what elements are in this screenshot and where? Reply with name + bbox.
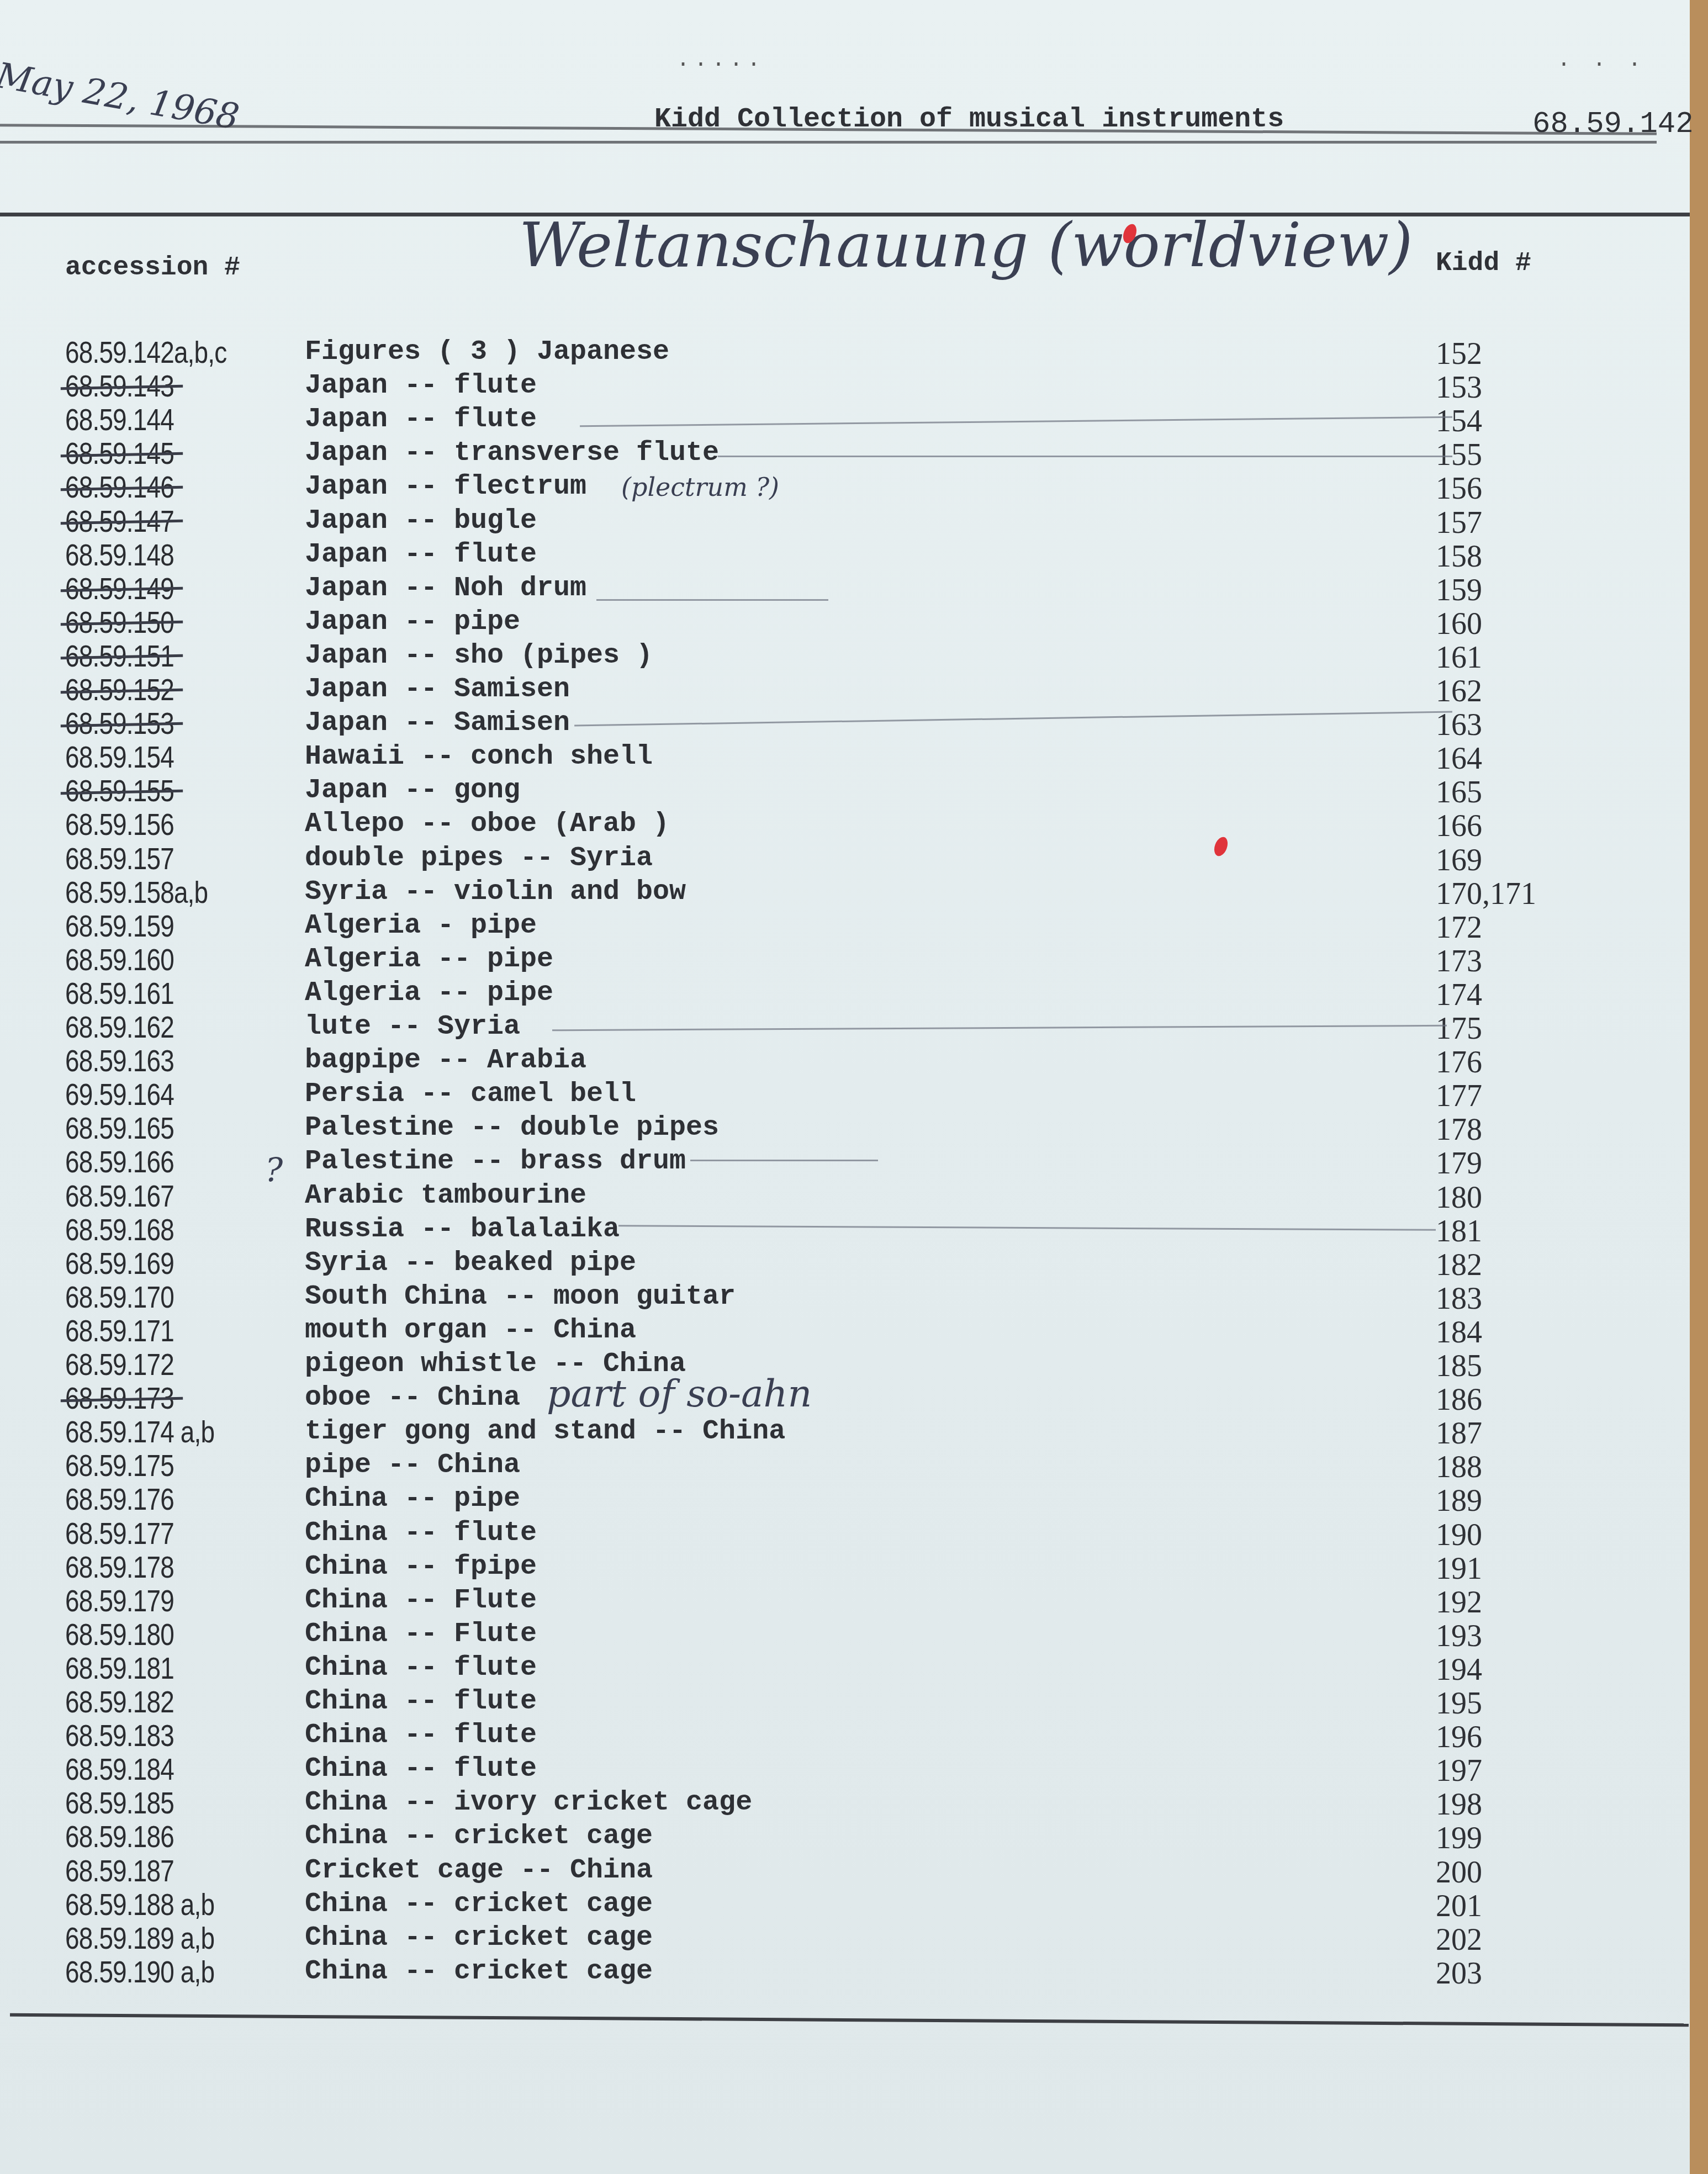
instrument-description: Japan -- transverse flute — [305, 437, 719, 469]
instrument-description: lute -- Syria — [305, 1011, 520, 1043]
kidd-number: 196 — [1436, 1720, 1482, 1755]
kidd-number: 187 — [1436, 1416, 1482, 1451]
instrument-description: China -- flute — [305, 1686, 537, 1717]
accession-number: 68.59.154 — [65, 739, 174, 775]
table-row: 68.59.179China -- Flute192 — [0, 1583, 1657, 1616]
table-row: 68.59.178China -- fpipe191 — [0, 1549, 1657, 1583]
kidd-number: 158 — [1436, 539, 1482, 574]
table-row: 68.59.177China -- flute190 — [0, 1515, 1657, 1549]
instrument-description: China -- flute — [305, 1517, 537, 1549]
table-row: 68.59.151Japan -- sho (pipes )161 — [0, 638, 1657, 671]
accession-number: 68.59.160 — [65, 941, 174, 977]
instrument-description: Japan -- flute — [305, 370, 537, 401]
instrument-description: pipe -- China — [305, 1450, 520, 1481]
instrument-description: Syria -- violin and bow — [305, 876, 686, 908]
accession-number: 68.59.176 — [65, 1481, 174, 1517]
instrument-description: China -- cricket cage — [305, 1922, 653, 1954]
table-row: 68.59.150Japan -- pipe160 — [0, 604, 1657, 638]
accession-number: 68.59.186 — [65, 1818, 174, 1854]
table-row: 68.59.142a,b,cFigures ( 3 ) Japanese152 — [0, 334, 1657, 368]
accession-number: 68.59.185 — [65, 1785, 174, 1821]
table-row: 68.59.145Japan -- transverse flute155 — [0, 435, 1657, 469]
kidd-number: 201 — [1436, 1889, 1482, 1924]
instrument-description: Algeria -- pipe — [305, 977, 553, 1009]
plectrum-annotation: (plectrum ?) — [621, 472, 779, 502]
kidd-number: 173 — [1436, 944, 1482, 979]
accession-number: 68.59.169 — [65, 1245, 174, 1281]
kidd-number: 164 — [1436, 741, 1482, 776]
kidd-number: 161 — [1436, 640, 1482, 675]
table-row: 68.59.172pigeon whistle -- China185 — [0, 1346, 1657, 1380]
table-row: 68.59.168Russia -- balalaika181 — [0, 1212, 1657, 1245]
accession-number: 68.59.178 — [65, 1549, 174, 1585]
table-row: 68.59.175pipe -- China188 — [0, 1447, 1657, 1481]
instrument-description: Japan -- flute — [305, 539, 537, 570]
accession-number: 68.59.158a,b — [65, 874, 208, 910]
accession-number: 68.59.184 — [65, 1751, 174, 1787]
accession-number: 68.59.152 — [65, 671, 174, 707]
kidd-number: 185 — [1436, 1348, 1482, 1384]
instrument-description: Japan -- Noh drum — [305, 573, 586, 604]
accession-number: 68.59.165 — [65, 1110, 174, 1146]
table-row: 68.59.157double pipes -- Syria169 — [0, 840, 1657, 874]
accession-number: 68.59.190 a,b — [65, 1954, 214, 1990]
document-reference: 68.59.142 — [1532, 108, 1694, 141]
instrument-description: Algeria - pipe — [305, 910, 537, 941]
accession-number: 68.59.145 — [65, 435, 174, 471]
instrument-description: Japan -- bugle — [305, 505, 537, 537]
kidd-number: 186 — [1436, 1382, 1482, 1417]
table-row: 68.59.147Japan -- bugle157 — [0, 503, 1657, 537]
table-row: 68.59.159Algeria - pipe172 — [0, 908, 1657, 941]
instrument-description: China -- cricket cage — [305, 1889, 653, 1920]
accession-number: 68.59.189 a,b — [65, 1920, 214, 1956]
instrument-description: China -- flute — [305, 1720, 537, 1751]
accession-number: 68.59.182 — [65, 1684, 174, 1720]
instrument-description: China -- fpipe — [305, 1551, 537, 1583]
kidd-number: 177 — [1436, 1078, 1482, 1114]
accession-number: 68.59.147 — [65, 503, 174, 539]
handwritten-annotation: Weltanschauung (worldview) — [519, 210, 1413, 281]
kidd-number: 174 — [1436, 977, 1482, 1013]
instrument-description: Palestine -- brass drum — [305, 1146, 686, 1177]
accession-number: 68.59.148 — [65, 537, 174, 573]
accession-number: 68.59.175 — [65, 1447, 174, 1483]
instrument-description: Japan -- gong — [305, 775, 520, 806]
accession-number: 68.59.153 — [65, 705, 174, 741]
accession-number: 68.59.172 — [65, 1346, 174, 1382]
kidd-number: 197 — [1436, 1753, 1482, 1789]
kidd-number: 193 — [1436, 1618, 1482, 1654]
accession-number: 68.59.142a,b,c — [65, 334, 226, 370]
table-row: 68.59.169Syria -- beaked pipe182 — [0, 1245, 1657, 1279]
table-row: 69.59.164Persia -- camel bell177 — [0, 1076, 1657, 1110]
table-row: 68.59.190 a,bChina -- cricket cage203 — [0, 1954, 1657, 1987]
table-row: 68.59.176China -- pipe189 — [0, 1481, 1657, 1515]
instrument-description: Algeria -- pipe — [305, 944, 553, 975]
accession-number: 68.59.157 — [65, 840, 174, 876]
instrument-description: Figures ( 3 ) Japanese — [305, 336, 669, 368]
table-row: 68.59.160Algeria -- pipe173 — [0, 941, 1657, 975]
kidd-number: 159 — [1436, 573, 1482, 608]
table-row: 68.59.173oboe -- China186 — [0, 1380, 1657, 1414]
table-row: 68.59.155Japan -- gong165 — [0, 773, 1657, 806]
ink-specks: ····· — [676, 52, 765, 77]
table-row: 68.59.165Palestine -- double pipes178 — [0, 1110, 1657, 1144]
table-row: 68.59.184China -- flute197 — [0, 1751, 1657, 1785]
accession-number: 68.59.151 — [65, 638, 174, 674]
table-row: 68.59.187Cricket cage -- China200 — [0, 1853, 1657, 1886]
accession-number: 68.59.162 — [65, 1009, 174, 1045]
accession-number: 68.59.187 — [65, 1853, 174, 1889]
kidd-number: 179 — [1436, 1146, 1482, 1181]
kidd-number: 178 — [1436, 1112, 1482, 1147]
instrument-description: Japan -- pipe — [305, 606, 520, 638]
footer-rule — [10, 2013, 1689, 2027]
accession-number: 68.59.156 — [65, 806, 174, 842]
kidd-number: 160 — [1436, 606, 1482, 642]
instrument-description: Cricket cage -- China — [305, 1855, 653, 1886]
instrument-description: China -- pipe — [305, 1483, 520, 1515]
table-row: 68.59.152Japan -- Samisen162 — [0, 671, 1657, 705]
instrument-description: tiger gong and stand -- China — [305, 1416, 785, 1447]
ink-specks: · · · — [1557, 52, 1646, 77]
table-row: 68.59.185China -- ivory cricket cage198 — [0, 1785, 1657, 1818]
kidd-number: 172 — [1436, 910, 1482, 945]
table-row: 68.59.149Japan -- Noh drum159 — [0, 570, 1657, 604]
kidd-number: 180 — [1436, 1180, 1482, 1215]
instrument-description: China -- flute — [305, 1753, 537, 1785]
kidd-number: 198 — [1436, 1787, 1482, 1822]
table-row: 68.59.148Japan -- flute158 — [0, 537, 1657, 570]
pencil-line — [718, 456, 1452, 457]
instrument-description: China -- ivory cricket cage — [305, 1787, 752, 1818]
table-row: 68.59.161Algeria -- pipe174 — [0, 975, 1657, 1009]
instrument-description: oboe -- China — [305, 1382, 520, 1414]
instrument-description: Allepo -- oboe (Arab ) — [305, 808, 669, 840]
kidd-number: 166 — [1436, 808, 1482, 844]
kidd-number: 183 — [1436, 1281, 1482, 1316]
table-row: 68.59.174 a,btiger gong and stand -- Chi… — [0, 1414, 1657, 1447]
table-row: 68.59.163bagpipe -- Arabia176 — [0, 1043, 1657, 1076]
accession-number: 68.59.146 — [65, 469, 174, 505]
kidd-number: 190 — [1436, 1517, 1482, 1553]
accession-number: 68.59.171 — [65, 1313, 174, 1348]
accession-number: 68.59.150 — [65, 604, 174, 640]
table-row: 68.59.188 a,bChina -- cricket cage201 — [0, 1886, 1657, 1920]
instrument-description: China -- Flute — [305, 1618, 537, 1650]
accession-number: 68.59.163 — [65, 1043, 174, 1078]
accession-number: 68.59.181 — [65, 1650, 174, 1686]
table-row: 68.59.144Japan -- flute154 — [0, 401, 1657, 435]
accession-number: 68.59.179 — [65, 1583, 174, 1618]
pencil-line — [596, 599, 828, 601]
accession-number: 68.59.183 — [65, 1717, 174, 1753]
kidd-number: 189 — [1436, 1483, 1482, 1519]
kidd-number: 156 — [1436, 471, 1482, 506]
table-row: 68.59.181China -- flute194 — [0, 1650, 1657, 1684]
accession-number: 69.59.164 — [65, 1076, 174, 1112]
table-row: 68.59.146Japan -- flectrum156 — [0, 469, 1657, 502]
table-row: 68.59.143Japan -- flute153 — [0, 368, 1657, 401]
instrument-description: double pipes -- Syria — [305, 843, 653, 874]
kidd-number: 162 — [1436, 674, 1482, 709]
table-row: 68.59.167Arabic tambourine180 — [0, 1178, 1657, 1212]
accession-number: 68.59.168 — [65, 1212, 174, 1247]
accession-number: 68.59.167 — [65, 1178, 174, 1214]
accession-number: 68.59.159 — [65, 908, 174, 944]
kidd-number: 202 — [1436, 1922, 1482, 1958]
document-page: May 22, 1968 ····· · · · Kidd Collection… — [0, 0, 1690, 2174]
accession-number: 68.59.143 — [65, 368, 174, 404]
instrument-description: China -- cricket cage — [305, 1956, 653, 1987]
kidd-number: 195 — [1436, 1686, 1482, 1721]
kidd-number: 188 — [1436, 1450, 1482, 1485]
accession-number: 68.59.149 — [65, 570, 174, 606]
instrument-description: Japan -- Samisen — [305, 707, 570, 739]
accession-number: 68.59.166 — [65, 1144, 174, 1179]
instrument-description: Japan -- flectrum — [305, 471, 586, 502]
instrument-description: Arabic tambourine — [305, 1180, 586, 1212]
accession-number: 68.59.170 — [65, 1279, 174, 1315]
instrument-description: bagpipe -- Arabia — [305, 1045, 586, 1076]
instrument-description: Palestine -- double pipes — [305, 1112, 719, 1144]
instrument-description: Japan -- sho (pipes ) — [305, 640, 653, 671]
kidd-number: 203 — [1436, 1956, 1482, 1991]
instrument-description: mouth organ -- China — [305, 1315, 636, 1346]
accession-number: 68.59.188 a,b — [65, 1886, 214, 1922]
kidd-number: 184 — [1436, 1315, 1482, 1350]
kidd-number: 192 — [1436, 1585, 1482, 1620]
accession-number: 68.59.161 — [65, 975, 174, 1011]
table-row: 68.59.171mouth organ -- China184 — [0, 1313, 1657, 1346]
kidd-number: 170,171 — [1436, 876, 1536, 912]
kidd-number: 169 — [1436, 843, 1482, 878]
table-row: 68.59.186China -- cricket cage199 — [0, 1818, 1657, 1852]
kidd-number: 152 — [1436, 336, 1482, 372]
accession-number: 68.59.173 — [65, 1380, 174, 1416]
table-row: 68.59.170South China -- moon guitar183 — [0, 1279, 1657, 1313]
table-row: 68.59.156Allepo -- oboe (Arab )166 — [0, 806, 1657, 840]
kidd-number: 154 — [1436, 404, 1482, 439]
column-header-accession: accession # — [65, 253, 240, 283]
accession-number: 68.59.174 a,b — [65, 1414, 214, 1450]
instrument-description: China -- cricket cage — [305, 1821, 653, 1852]
kidd-number: 153 — [1436, 370, 1482, 405]
instrument-description: Syria -- beaked pipe — [305, 1247, 636, 1279]
kidd-number: 176 — [1436, 1045, 1482, 1080]
instrument-description: Japan -- Samisen — [305, 674, 570, 705]
question-mark-annotation: ? — [265, 1151, 283, 1190]
instrument-description: China -- Flute — [305, 1585, 537, 1616]
header-rule — [0, 141, 1657, 144]
kidd-number: 194 — [1436, 1652, 1482, 1688]
kidd-number: 165 — [1436, 775, 1482, 810]
accession-number: 68.59.177 — [65, 1515, 174, 1551]
instrument-description: Persia -- camel bell — [305, 1078, 636, 1110]
instrument-description: South China -- moon guitar — [305, 1281, 736, 1313]
kidd-number: 181 — [1436, 1214, 1482, 1249]
kidd-number: 199 — [1436, 1821, 1482, 1856]
table-row: 68.59.154Hawaii -- conch shell164 — [0, 739, 1657, 773]
table-row: 68.59.180China -- Flute193 — [0, 1616, 1657, 1650]
pencil-line — [690, 1160, 878, 1161]
instrument-description: Russia -- balalaika — [305, 1214, 620, 1245]
kidd-number: 175 — [1436, 1011, 1482, 1046]
instrument-description: Hawaii -- conch shell — [305, 741, 653, 773]
column-header-kidd: Kidd # — [1436, 248, 1531, 278]
kidd-number: 157 — [1436, 505, 1482, 541]
instrument-description: Japan -- flute — [305, 404, 537, 435]
accession-number: 68.59.180 — [65, 1616, 174, 1652]
table-row: 68.59.183China -- flute196 — [0, 1717, 1657, 1751]
accession-number: 68.59.144 — [65, 401, 174, 437]
table-row: 68.59.182China -- flute195 — [0, 1684, 1657, 1717]
accession-number: 68.59.155 — [65, 773, 174, 808]
table-row: 68.59.158a,bSyria -- violin and bow170,1… — [0, 874, 1657, 908]
kidd-number: 200 — [1436, 1855, 1482, 1890]
part-of-annotation: part of so-ahn — [547, 1372, 812, 1416]
kidd-number: 191 — [1436, 1551, 1482, 1586]
kidd-number: 182 — [1436, 1247, 1482, 1283]
instrument-description: China -- flute — [305, 1652, 537, 1684]
table-row: 68.59.189 a,bChina -- cricket cage202 — [0, 1920, 1657, 1954]
